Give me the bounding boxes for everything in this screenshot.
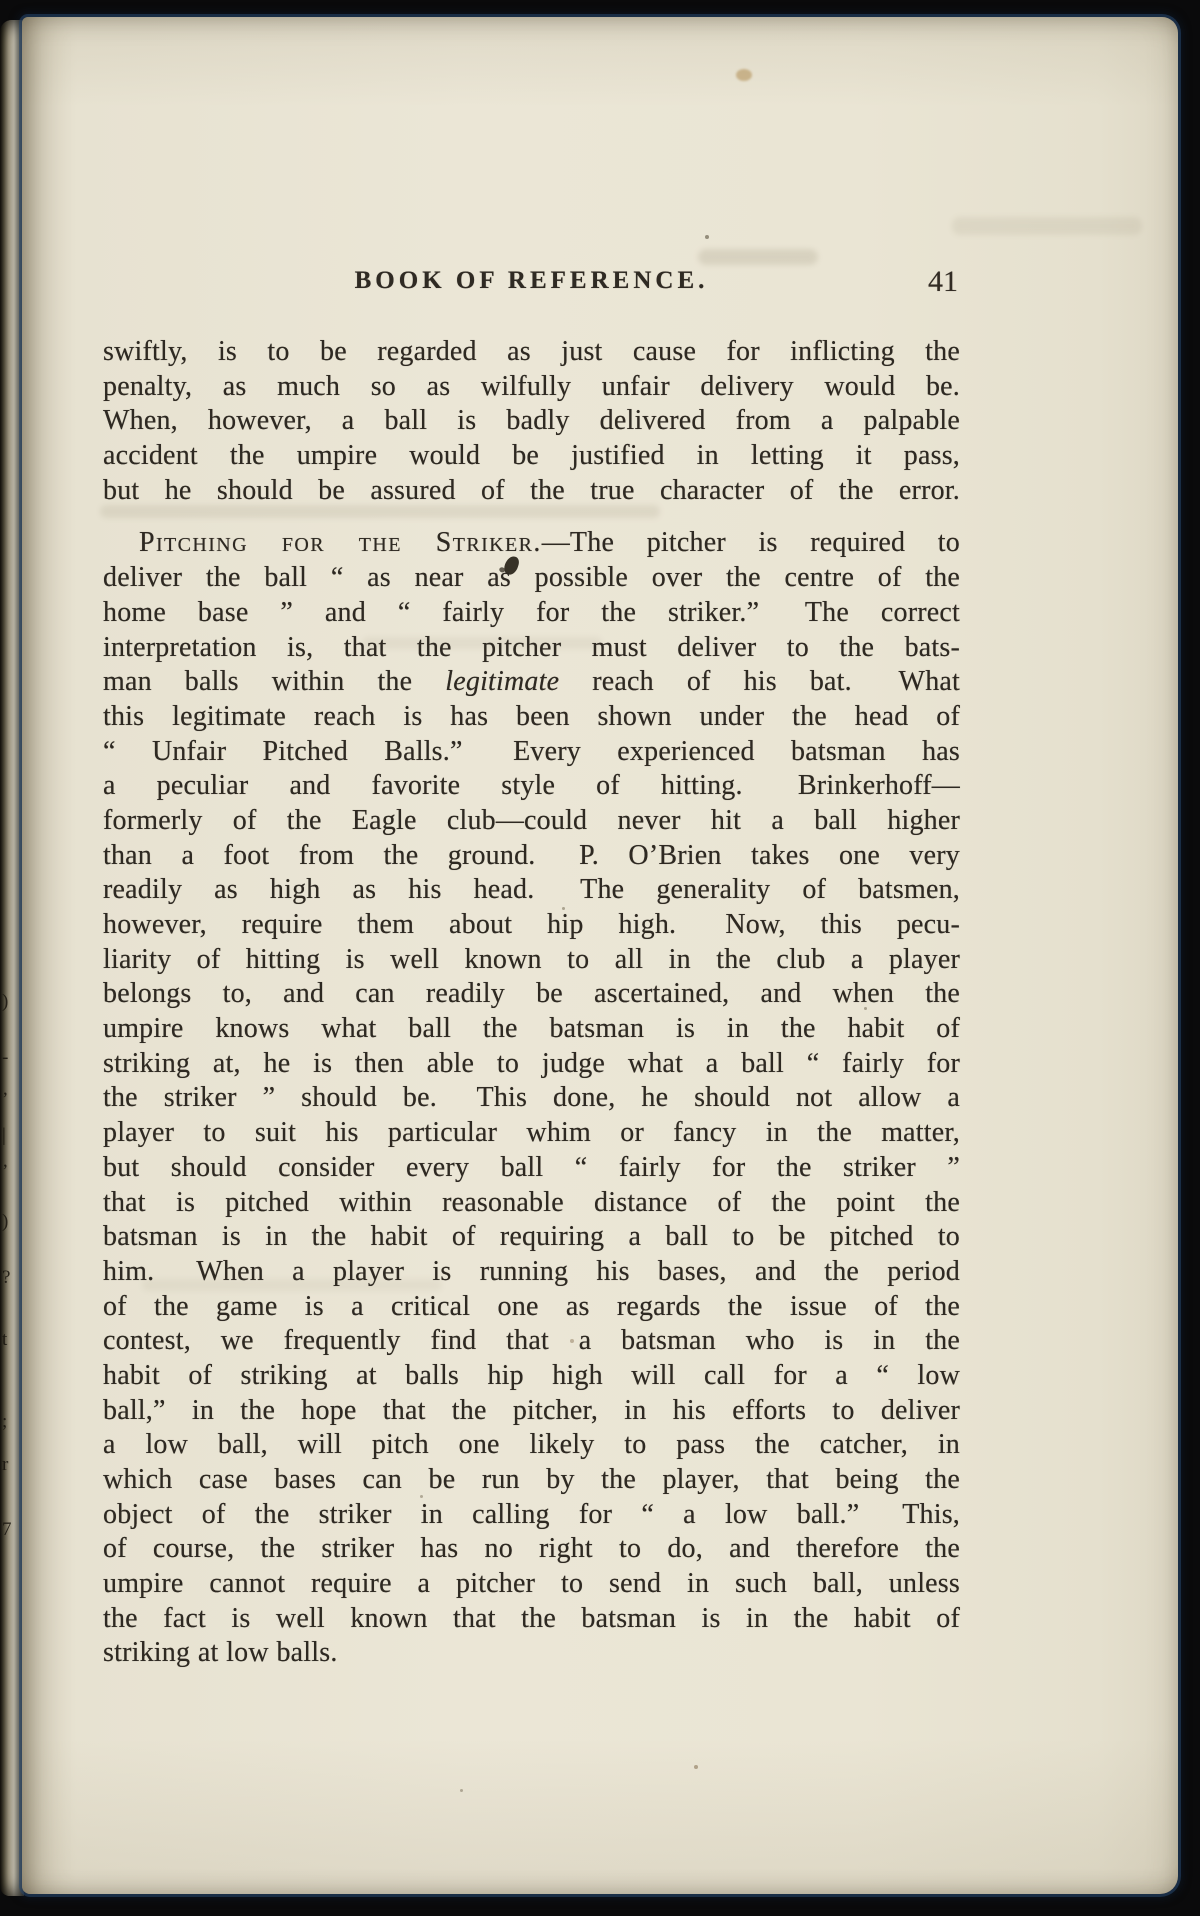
- text-line: but he should be assured of the true cha…: [103, 474, 960, 509]
- text-line: striking at low balls.: [103, 1636, 960, 1671]
- text-line: habit of striking at balls hip high will…: [103, 1359, 960, 1394]
- text-line: belongs to, and can readily be ascertain…: [103, 977, 960, 1012]
- edge-mark-glyph: 7: [2, 1520, 20, 1539]
- text-line: but should consider every ball “ fairly …: [103, 1151, 960, 1186]
- scanned-book-page: { "header": { "title": "BOOK OF REFERENC…: [0, 0, 1200, 1916]
- text-line: ball,” in the hope that the pitcher, in …: [103, 1394, 960, 1429]
- text-line-segment: —The pitcher is required to: [542, 527, 960, 558]
- text-line: swiftly, is to be regarded as just cause…: [103, 335, 960, 370]
- paragraph: Pitching for the Striker.—The pitcher is…: [103, 526, 960, 1671]
- text-line: penalty, as much so as wilfully unfair d…: [103, 370, 960, 405]
- text-line: accident the umpire would be justified i…: [103, 439, 960, 474]
- text-line: umpire cannot require a pitcher to send …: [103, 1567, 960, 1602]
- text-line: When, however, a ball is badly delivered…: [103, 404, 960, 439]
- body-text: swiftly, is to be regarded as just cause…: [103, 335, 960, 1671]
- stain: [705, 235, 709, 239]
- text-line: “ Unfair Pitched Balls.” Every experienc…: [103, 735, 960, 770]
- paragraph: swiftly, is to be regarded as just cause…: [103, 335, 960, 508]
- text-line-segment: reach of his bat. What: [559, 666, 960, 697]
- edge-mark-glyph: ?: [2, 1268, 20, 1287]
- text-line: umpire knows what ball the batsman is in…: [103, 1012, 960, 1047]
- page-header: BOOK OF REFERENCE. 41: [103, 263, 960, 303]
- text-line: however, require them about hip high. No…: [103, 908, 960, 943]
- italic-word: legitimate: [445, 666, 559, 697]
- text-line: object of the striker in calling for “ a…: [103, 1498, 960, 1533]
- text-line: than a foot from the ground. P. O’Brien …: [103, 839, 960, 874]
- text-line: the fact is well known that the batsman …: [103, 1602, 960, 1637]
- edge-mark-glyph: ;: [2, 1412, 20, 1431]
- ghost-bleed-line: [952, 217, 1142, 235]
- text-line: player to suit his particular whim or fa…: [103, 1116, 960, 1151]
- text-line: deliver the ball “ as near as possible o…: [103, 561, 960, 596]
- edge-mark-glyph: r: [2, 1455, 20, 1474]
- text-line: him. When a player is running his bases,…: [103, 1255, 960, 1290]
- text-line-segment: man balls within the: [103, 666, 445, 697]
- text-line: a low ball, will pitch one likely to pas…: [103, 1428, 960, 1463]
- text-line: that is pitched within reasonable distan…: [103, 1186, 960, 1221]
- text-line: batsman is in the habit of requiring a b…: [103, 1220, 960, 1255]
- text-line: which case bases can be run by the playe…: [103, 1463, 960, 1498]
- text-line: this legitimate reach is has been shown …: [103, 700, 960, 735]
- running-head-title: BOOK OF REFERENCE.: [103, 263, 960, 299]
- stain: [460, 1789, 463, 1792]
- text-line: a peculiar and favorite style of hitting…: [103, 769, 960, 804]
- edge-mark-glyph: -: [2, 1048, 20, 1067]
- text-line: home base ” and “ fairly for the striker…: [103, 596, 960, 631]
- page-number: 41: [928, 263, 958, 301]
- text-line: man balls within the legitimate reach of…: [103, 665, 960, 700]
- text-line: striking at, he is then able to judge wh…: [103, 1047, 960, 1082]
- text-line: formerly of the Eagle club—could never h…: [103, 804, 960, 839]
- text-line: Pitching for the Striker.—The pitcher is…: [103, 526, 960, 561]
- text-line: readily as high as his head. The general…: [103, 873, 960, 908]
- edge-mark-glyph: ’: [2, 1090, 20, 1109]
- edge-mark-glyph: t: [2, 1330, 20, 1349]
- text-line: of the game is a critical one as regards…: [103, 1290, 960, 1325]
- edge-mark-glyph: ’: [2, 1162, 20, 1181]
- section-heading: Pitching for the Striker.: [139, 527, 542, 558]
- stain: [736, 69, 752, 81]
- text-line: the striker ” should be. This done, he s…: [103, 1081, 960, 1116]
- edge-mark-glyph: ): [2, 1212, 20, 1231]
- text-line: contest, we frequently find that a batsm…: [103, 1324, 960, 1359]
- stain: [694, 1765, 698, 1769]
- edge-mark-glyph: |: [2, 1126, 20, 1145]
- text-line: liarity of hitting is well known to all …: [103, 943, 960, 978]
- text-line: of course, the striker has no right to d…: [103, 1532, 960, 1567]
- edge-mark-glyph: ): [2, 992, 20, 1011]
- text-line: interpretation is, that the pitcher must…: [103, 631, 960, 666]
- facing-page-edge: [0, 20, 24, 1896]
